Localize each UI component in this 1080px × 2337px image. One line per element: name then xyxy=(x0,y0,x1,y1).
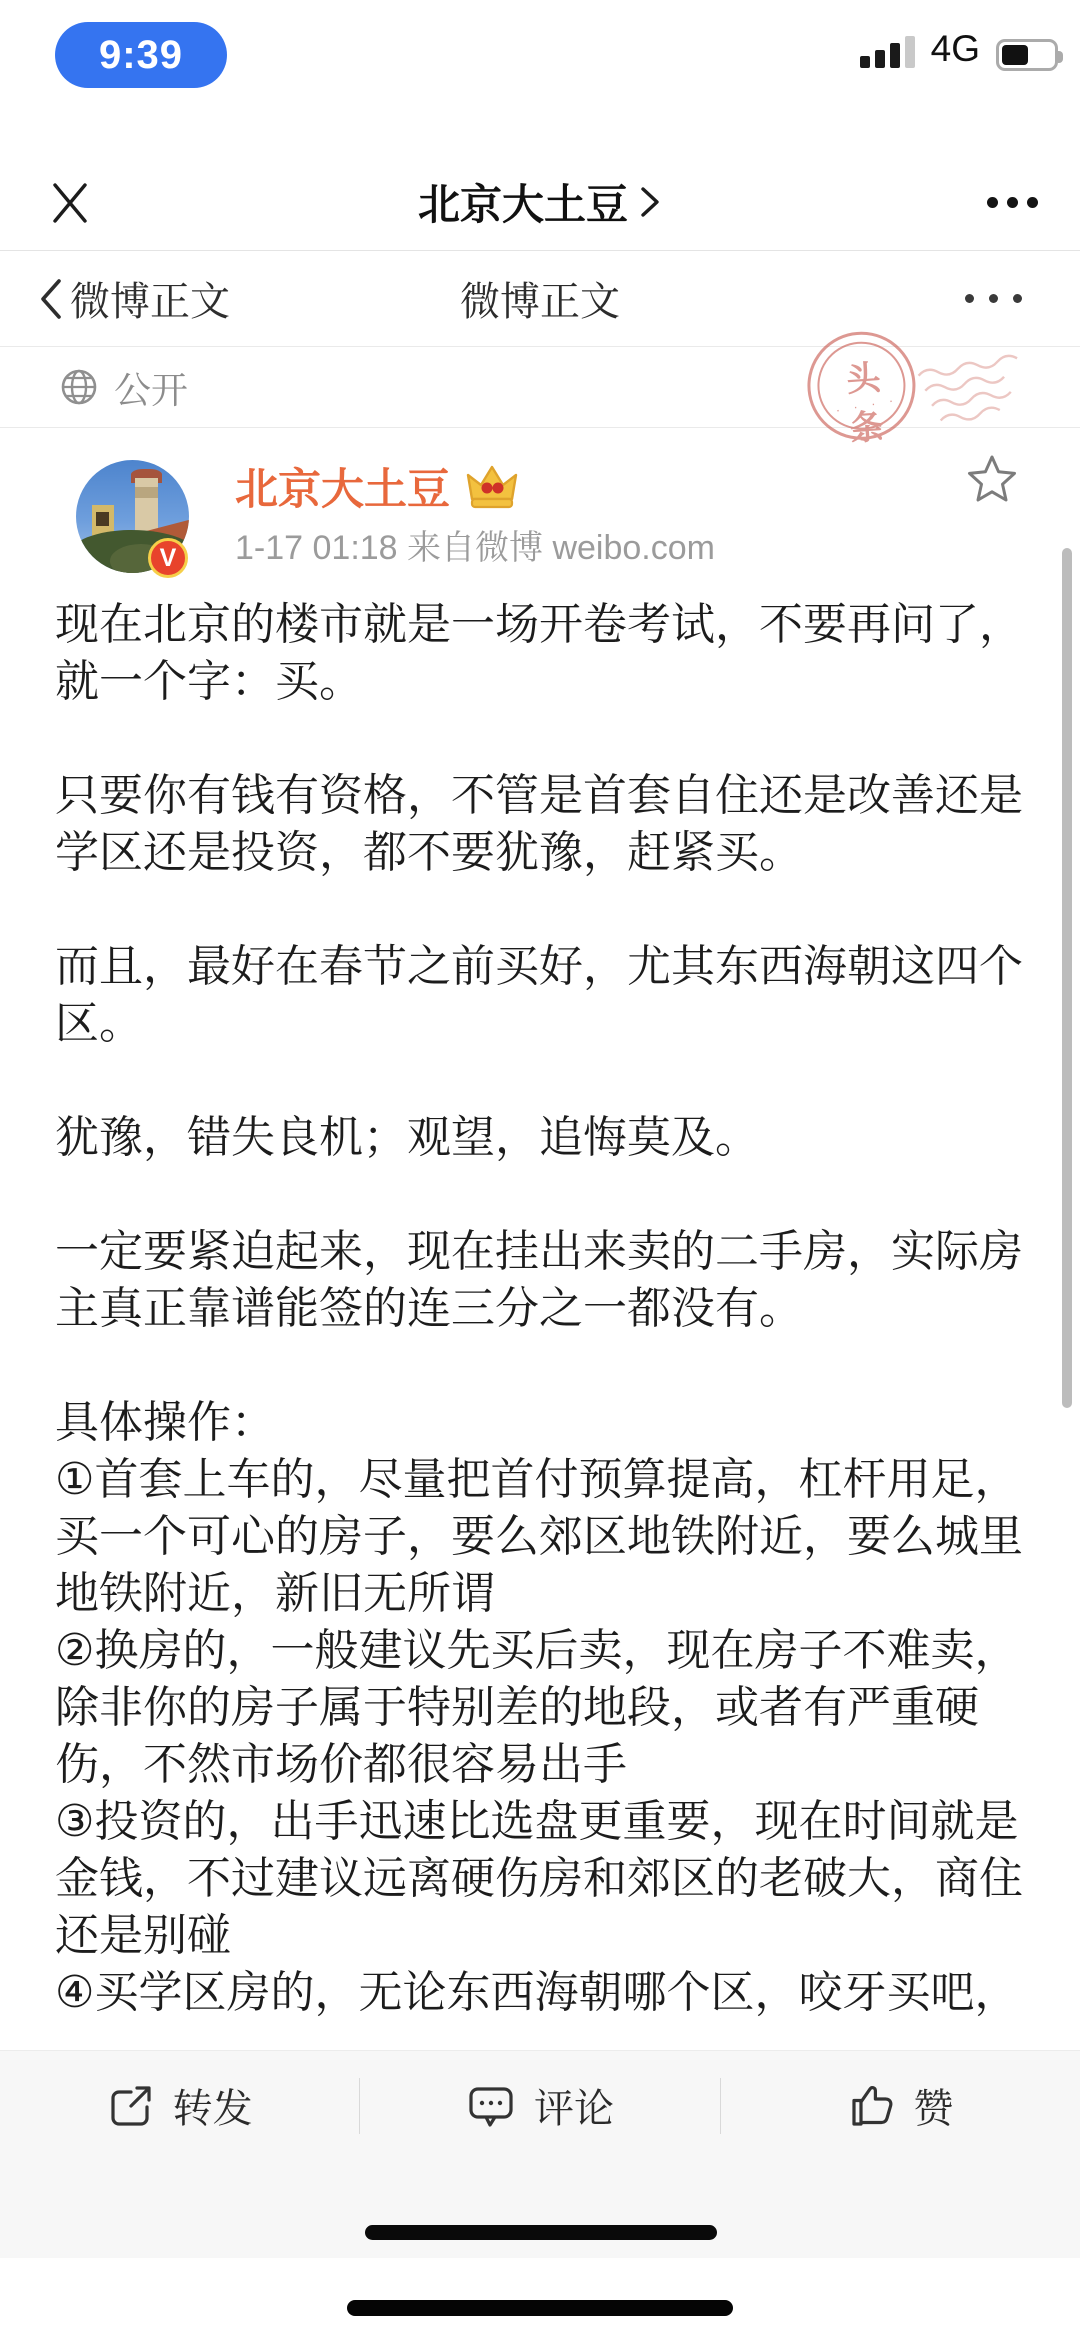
weibo-more-button[interactable] xyxy=(965,294,1022,303)
verified-badge: V xyxy=(148,538,188,578)
favorite-button[interactable] xyxy=(964,452,1020,506)
repost-button[interactable]: 转发 xyxy=(0,2051,359,2160)
status-bar: 9:39 4G xyxy=(0,0,1080,100)
signal-strength-icon xyxy=(860,36,915,72)
comment-icon xyxy=(466,2081,516,2131)
status-time: 9:39 xyxy=(99,33,183,78)
scrollbar-thumb[interactable] xyxy=(1062,548,1072,1408)
comment-label: 评论 xyxy=(534,2077,614,2134)
chevron-right-icon xyxy=(638,182,662,222)
webview-home-indicator xyxy=(365,2225,717,2240)
like-button[interactable]: 赞 xyxy=(721,2051,1080,2160)
home-indicator[interactable] xyxy=(347,2300,733,2316)
wechat-header: 北京大土豆 xyxy=(0,100,1080,251)
action-bar: 转发 评论 赞 xyxy=(0,2050,1080,2160)
battery-icon xyxy=(996,39,1058,71)
like-label: 赞 xyxy=(913,2077,953,2134)
comment-button[interactable]: 评论 xyxy=(360,2051,719,2160)
network-type-label: 4G xyxy=(931,28,980,72)
verified-badge-letter: V xyxy=(160,544,177,573)
weibo-nav-title: 微博正文 xyxy=(0,270,1080,327)
page: 9:39 4G 北京大土豆 xyxy=(0,0,1080,2337)
more-menu-button[interactable] xyxy=(987,197,1038,208)
vip-crown-icon xyxy=(464,461,520,513)
post-body-text: 现在北京的楼市就是一场开卷考试，不要再问了，就一个字：买。 只要你有钱有资格，不… xyxy=(0,588,1080,2021)
status-time-pill: 9:39 xyxy=(55,22,227,88)
visibility-label: 公开 xyxy=(114,360,188,414)
repost-icon xyxy=(107,2082,155,2130)
page-title[interactable]: 北京大土豆 xyxy=(0,172,1080,232)
weibo-nav: 微博正文 微博正文 xyxy=(0,251,1080,347)
post-meta: 1-17 01:18 来自微博 weibo.com xyxy=(235,520,715,569)
globe-icon xyxy=(58,366,100,408)
webview-bottom-area xyxy=(0,2160,1080,2258)
star-icon xyxy=(964,452,1020,506)
thumbs-up-icon xyxy=(847,2082,895,2130)
visibility-row: 公开 xyxy=(0,347,1080,428)
username[interactable]: 北京大土豆 xyxy=(235,456,450,517)
status-right: 4G xyxy=(860,28,1058,72)
device-bottom-area xyxy=(0,2258,1080,2337)
weibo-post: 北京大土豆 1-17 01:18 来自微博 weibo.com 现在北京的楼市就… xyxy=(0,428,1080,2051)
page-title-text: 北京大土豆 xyxy=(418,172,628,232)
repost-label: 转发 xyxy=(173,2077,253,2134)
